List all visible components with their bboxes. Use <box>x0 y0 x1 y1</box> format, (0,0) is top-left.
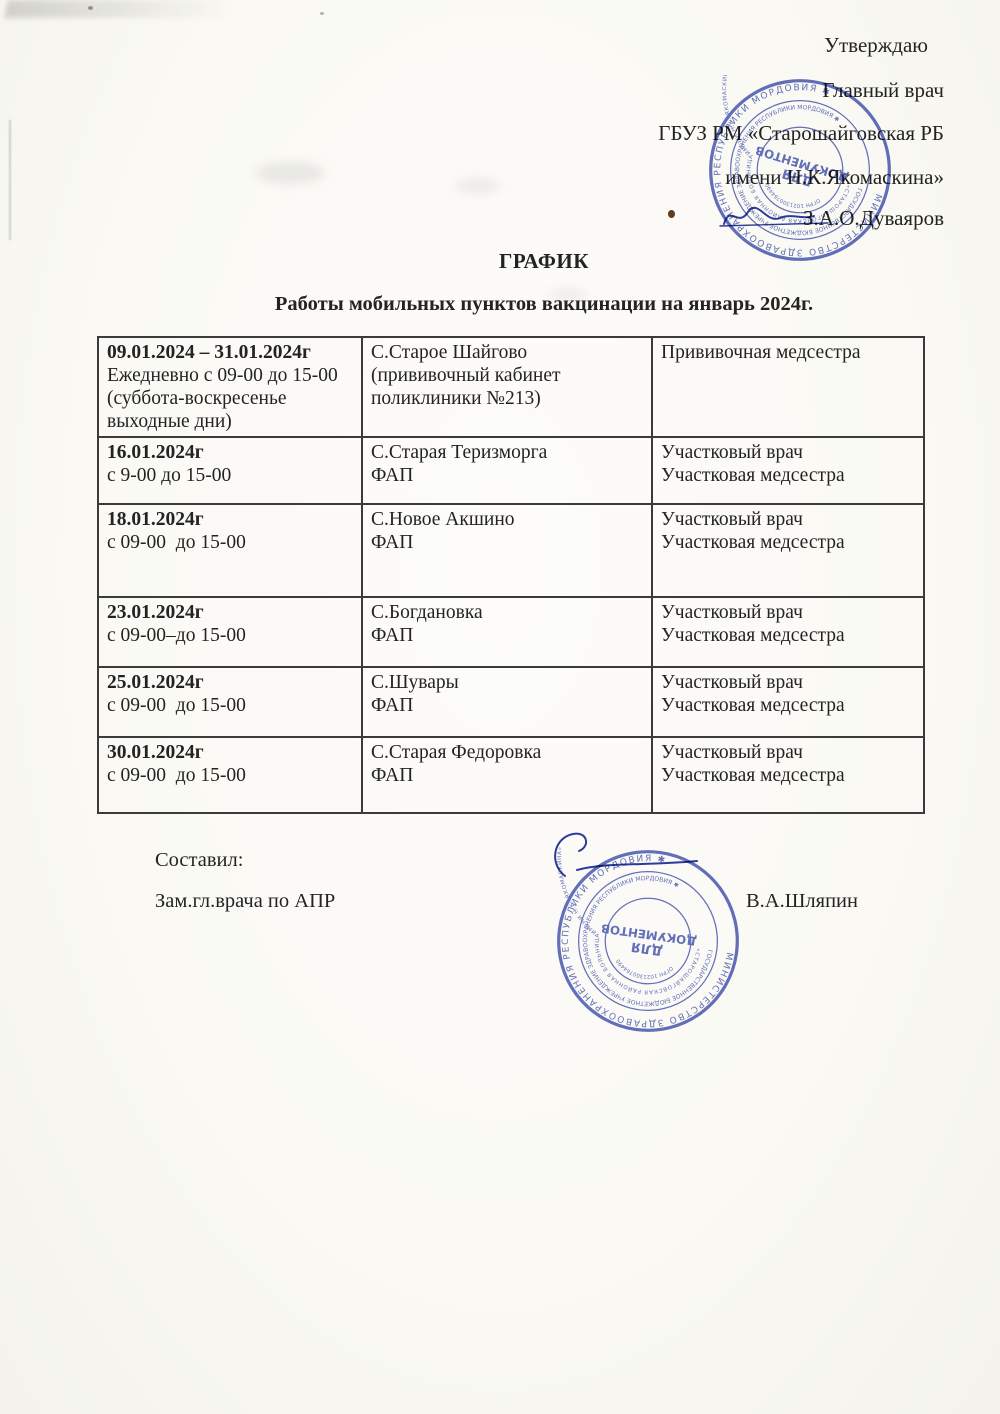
scan-speck <box>320 12 324 15</box>
table-cell-schedule: 30.01.2024гс 09-00 до 15-00 <box>98 737 362 813</box>
cell-line: Прививочная медсестра <box>661 341 917 364</box>
cell-line: ФАП <box>371 464 645 487</box>
schedule-table-body: 09.01.2024 – 31.01.2024гЕжедневно с 09-0… <box>98 337 924 813</box>
cell-line: Участковый врач <box>661 671 917 694</box>
cell-line: Участковый врач <box>661 741 917 764</box>
cell-line: поликлиники №213) <box>371 387 645 410</box>
table-row: 18.01.2024гс 09-00 до 15-00С.Новое Акшин… <box>98 504 924 597</box>
table-row: 30.01.2024гс 09-00 до 15-00С.Старая Федо… <box>98 737 924 813</box>
handwritten-signature-top <box>716 194 856 236</box>
composed-label: Составил: <box>155 849 243 872</box>
cell-line: Участковая медсестра <box>661 531 917 554</box>
table-cell-place: С.Старая ФедоровкаФАП <box>362 737 652 813</box>
cell-line: выходные дни) <box>107 410 355 433</box>
cell-line: ФАП <box>371 531 645 554</box>
scan-smear <box>4 0 238 18</box>
stamp-ogrn-text: ОГРН 1021300764490 <box>613 957 674 983</box>
cell-line: 25.01.2024г <box>107 671 355 694</box>
table-cell-place: С.БогдановкаФАП <box>362 597 652 667</box>
cell-line: ФАП <box>371 624 645 647</box>
schedule-table: 09.01.2024 – 31.01.2024гЕжедневно с 09-0… <box>97 336 925 814</box>
composer-role: Зам.гл.врача по АПР <box>155 890 335 913</box>
table-cell-place: С.Старое Шайгово(прививочный кабинетполи… <box>362 337 652 437</box>
cell-line: Участковая медсестра <box>661 694 917 717</box>
cell-line: С.Старое Шайгово <box>371 341 645 364</box>
cell-line: с 09-00 до 15-00 <box>107 694 355 717</box>
table-cell-schedule: 09.01.2024 – 31.01.2024гЕжедневно с 09-0… <box>98 337 362 437</box>
table-cell-schedule: 16.01.2024гс 9-00 до 15-00 <box>98 437 362 504</box>
table-row: 09.01.2024 – 31.01.2024гЕжедневно с 09-0… <box>98 337 924 437</box>
scan-speck <box>88 6 93 10</box>
cell-line: 18.01.2024г <box>107 508 355 531</box>
cell-line: Участковый врач <box>661 508 917 531</box>
table-cell-schedule: 25.01.2024гс 09-00 до 15-00 <box>98 667 362 737</box>
composer-name: В.А.Шляпин <box>746 890 858 913</box>
table-cell-place: С.Старая ТеризморгаФАП <box>362 437 652 504</box>
table-row: 25.01.2024гс 09-00 до 15-00С.ШуварыФАПУч… <box>98 667 924 737</box>
cell-line: Участковый врач <box>661 441 917 464</box>
handwritten-signature-bottom <box>545 824 720 884</box>
scan-smudge <box>255 162 325 184</box>
cell-line: С.Новое Акшино <box>371 508 645 531</box>
cell-line: с 09-00 до 15-00 <box>107 764 355 787</box>
table-cell-staff: Прививочная медсестра <box>652 337 924 437</box>
table-cell-staff: Участковый врачУчастковая медсестра <box>652 437 924 504</box>
cell-line: С.Старая Федоровка <box>371 741 645 764</box>
svg-text:ОГРН 1021300764490: ОГРН 1021300764490 <box>613 957 674 983</box>
table-cell-staff: Участковый врачУчастковая медсестра <box>652 667 924 737</box>
cell-line: Ежедневно с 09-00 до 15-00 <box>107 364 355 387</box>
cell-line: ФАП <box>371 764 645 787</box>
cell-line: 23.01.2024г <box>107 601 355 624</box>
table-cell-place: С.Новое АкшиноФАП <box>362 504 652 597</box>
table-cell-place: С.ШуварыФАП <box>362 667 652 737</box>
table-cell-schedule: 18.01.2024гс 09-00 до 15-00 <box>98 504 362 597</box>
cell-line: С.Богдановка <box>371 601 645 624</box>
cell-line: 16.01.2024г <box>107 441 355 464</box>
cell-line: ФАП <box>371 694 645 717</box>
document-title: ГРАФИК <box>88 249 1000 274</box>
table-row: 16.01.2024гс 9-00 до 15-00С.Старая Териз… <box>98 437 924 504</box>
cell-line: С.Старая Теризморга <box>371 441 645 464</box>
scan-edge-line <box>9 120 11 240</box>
cell-line: Участковая медсестра <box>661 624 917 647</box>
cell-line: с 09-00 до 15-00 <box>107 531 355 554</box>
document-subtitle: Работы мобильных пунктов вакцинации на я… <box>88 293 1000 316</box>
cell-line: С.Шувары <box>371 671 645 694</box>
round-stamp-top: МИНИСТЕРСТВО ЗДРАВООХРАНЕНИЯ РЕСПУБЛИКИ … <box>705 75 895 265</box>
cell-line: с 9-00 до 15-00 <box>107 464 355 487</box>
cell-line: Участковый врач <box>661 601 917 624</box>
cell-line: 30.01.2024г <box>107 741 355 764</box>
table-cell-staff: Участковый врачУчастковая медсестра <box>652 597 924 667</box>
cell-line: Участковая медсестра <box>661 464 917 487</box>
table-cell-staff: Участковый врачУчастковая медсестра <box>652 737 924 813</box>
scanned-document-page: Утверждаю Главный врач ГБУЗ РМ «Старошай… <box>0 0 1000 1414</box>
table-cell-staff: Участковый врачУчастковая медсестра <box>652 504 924 597</box>
cell-line: 09.01.2024 – 31.01.2024г <box>107 341 355 364</box>
table-row: 23.01.2024гс 09-00–до 15-00С.БогдановкаФ… <box>98 597 924 667</box>
table-cell-schedule: 23.01.2024гс 09-00–до 15-00 <box>98 597 362 667</box>
cell-line: (прививочный кабинет <box>371 364 645 387</box>
approval-word: Утверждаю <box>408 34 928 57</box>
cell-line: с 09-00–до 15-00 <box>107 624 355 647</box>
cell-line: Участковая медсестра <box>661 764 917 787</box>
cell-line: (суббота-воскресенье <box>107 387 355 410</box>
